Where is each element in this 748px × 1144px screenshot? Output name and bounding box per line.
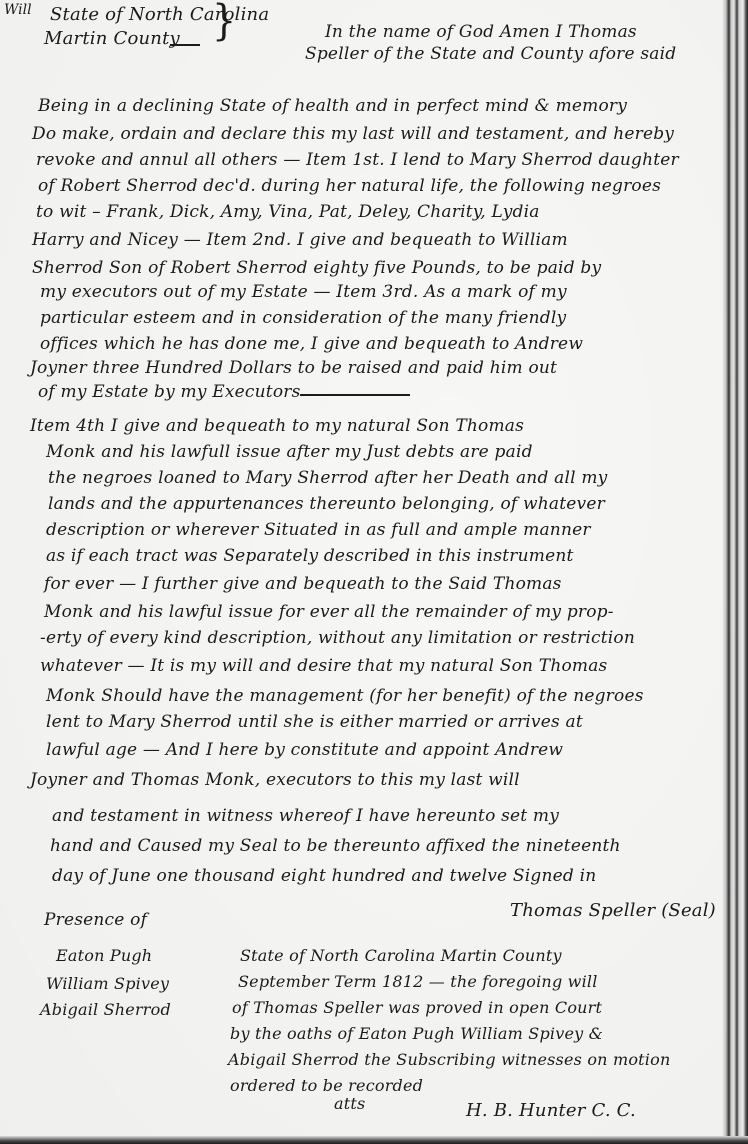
- body-line-10: my executors out of my Estate — Item 3rd…: [40, 282, 567, 302]
- header-dash: [170, 44, 200, 46]
- body-line-19: description or wherever Situated in as f…: [46, 520, 591, 540]
- book-binding: [722, 0, 748, 1144]
- probate-line-3: of Thomas Speller was proved in open Cou…: [232, 998, 602, 1017]
- witness-2: William Spivey: [46, 974, 169, 993]
- body-line-30: hand and Caused my Seal to be thereunto …: [50, 836, 621, 856]
- body-line-5: revoke and annul all others — Item 1st. …: [36, 150, 679, 170]
- body-line-6: of Robert Sherrod dec'd. during her natu…: [38, 176, 661, 196]
- body-line-12: offices which he has done me, I give and…: [40, 334, 583, 354]
- body-line-3: Being in a declining State of health and…: [38, 96, 627, 116]
- clerk-signature: H. B. Hunter C. C.: [466, 1100, 636, 1121]
- document-page: Will State of North Carolina Martin Coun…: [0, 0, 748, 1144]
- body-line-29: and testament in witness whereof I have …: [52, 806, 559, 826]
- testator-signature: Thomas Speller (Seal): [510, 900, 716, 921]
- body-line-1: In the name of God Amen I Thomas: [325, 22, 637, 42]
- witness-label: Presence of: [44, 910, 147, 930]
- body-line-27: lawful age — And I here by constitute an…: [46, 740, 563, 760]
- body-line-18: lands and the appurtenances thereunto be…: [48, 494, 605, 514]
- probate-line-2: September Term 1812 — the foregoing will: [238, 972, 598, 991]
- body-line-17: the negroes loaned to Mary Sherrod after…: [48, 468, 607, 488]
- witness-1: Eaton Pugh: [56, 946, 152, 965]
- body-line-14: of my Estate by my Executors: [38, 382, 301, 402]
- body-line-25: Monk Should have the management (for her…: [46, 686, 644, 706]
- page-bottom-edge: [0, 1136, 748, 1144]
- attest-label: atts: [334, 1094, 365, 1113]
- body-line-24: whatever — It is my will and desire that…: [40, 656, 607, 676]
- body-line-23: -erty of every kind description, without…: [40, 628, 635, 648]
- body-line-28: Joyner and Thomas Monk, executors to thi…: [30, 770, 520, 790]
- body-line-22: Monk and his lawful issue for ever all t…: [44, 602, 614, 622]
- probate-line-6: ordered to be recorded: [230, 1076, 423, 1095]
- body-line-26: lent to Mary Sherrod until she is either…: [46, 712, 583, 732]
- body-line-15: Item 4th I give and bequeath to my natur…: [30, 416, 524, 436]
- margin-note: Will: [4, 2, 32, 18]
- body-line-11: particular esteem and in consideration o…: [40, 308, 566, 328]
- witness-3: Abigail Sherrod: [40, 1000, 171, 1019]
- body-line-21: for ever — I further give and bequeath t…: [44, 574, 562, 594]
- body-line-20: as if each tract was Separately describe…: [46, 546, 574, 566]
- line-end-rule: [300, 394, 410, 396]
- body-line-2: Speller of the State and County afore sa…: [305, 44, 676, 64]
- header-state: State of North Carolina: [50, 4, 269, 25]
- probate-line-4: by the oaths of Eaton Pugh William Spive…: [230, 1024, 603, 1043]
- header-brace: }: [212, 0, 236, 44]
- body-line-13: Joyner three Hundred Dollars to be raise…: [30, 358, 557, 378]
- probate-line-1: State of North Carolina Martin County: [240, 946, 562, 965]
- header-county: Martin County: [44, 28, 180, 49]
- body-line-31: day of June one thousand eight hundred a…: [52, 866, 596, 886]
- body-line-8: Harry and Nicey — Item 2nd. I give and b…: [32, 230, 568, 250]
- probate-line-5: Abigail Sherrod the Subscribing witnesse…: [228, 1050, 670, 1069]
- body-line-7: to wit – Frank, Dick, Amy, Vina, Pat, De…: [36, 202, 540, 222]
- body-line-16: Monk and his lawfull issue after my Just…: [46, 442, 533, 462]
- body-line-4: Do make, ordain and declare this my last…: [32, 124, 674, 144]
- body-line-9: Sherrod Son of Robert Sherrod eighty fiv…: [32, 258, 601, 278]
